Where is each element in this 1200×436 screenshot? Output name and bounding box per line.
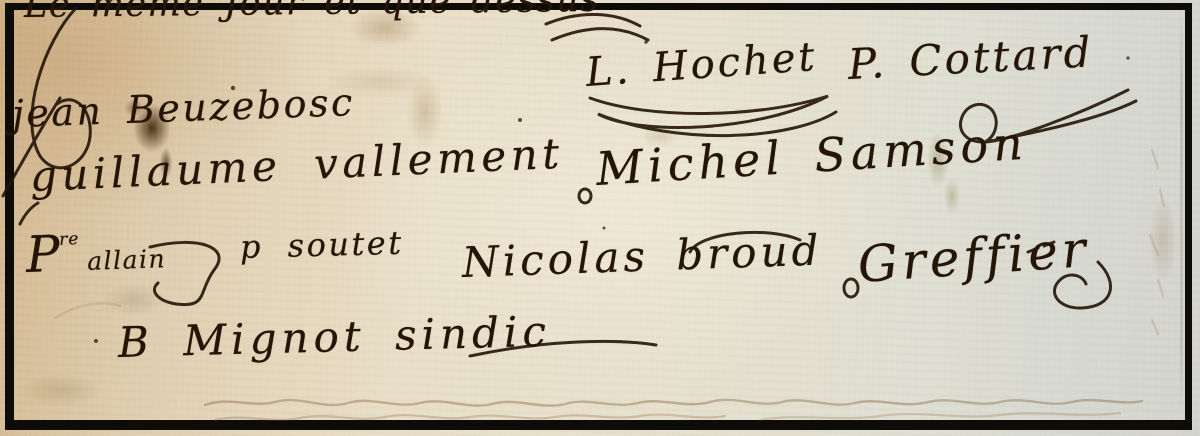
- signature-allain-superscript: re: [59, 229, 80, 250]
- signature-allain-initial: P: [25, 225, 61, 284]
- manuscript-photo: Le même Jour et que dessus L. Hochet P. …: [0, 0, 1200, 436]
- signature-allain-name: allain: [87, 244, 167, 276]
- signature-allain: Pre allain: [25, 221, 167, 284]
- signature-soutet: p soutet: [240, 224, 405, 266]
- paper-crease: [1180, 8, 1183, 420]
